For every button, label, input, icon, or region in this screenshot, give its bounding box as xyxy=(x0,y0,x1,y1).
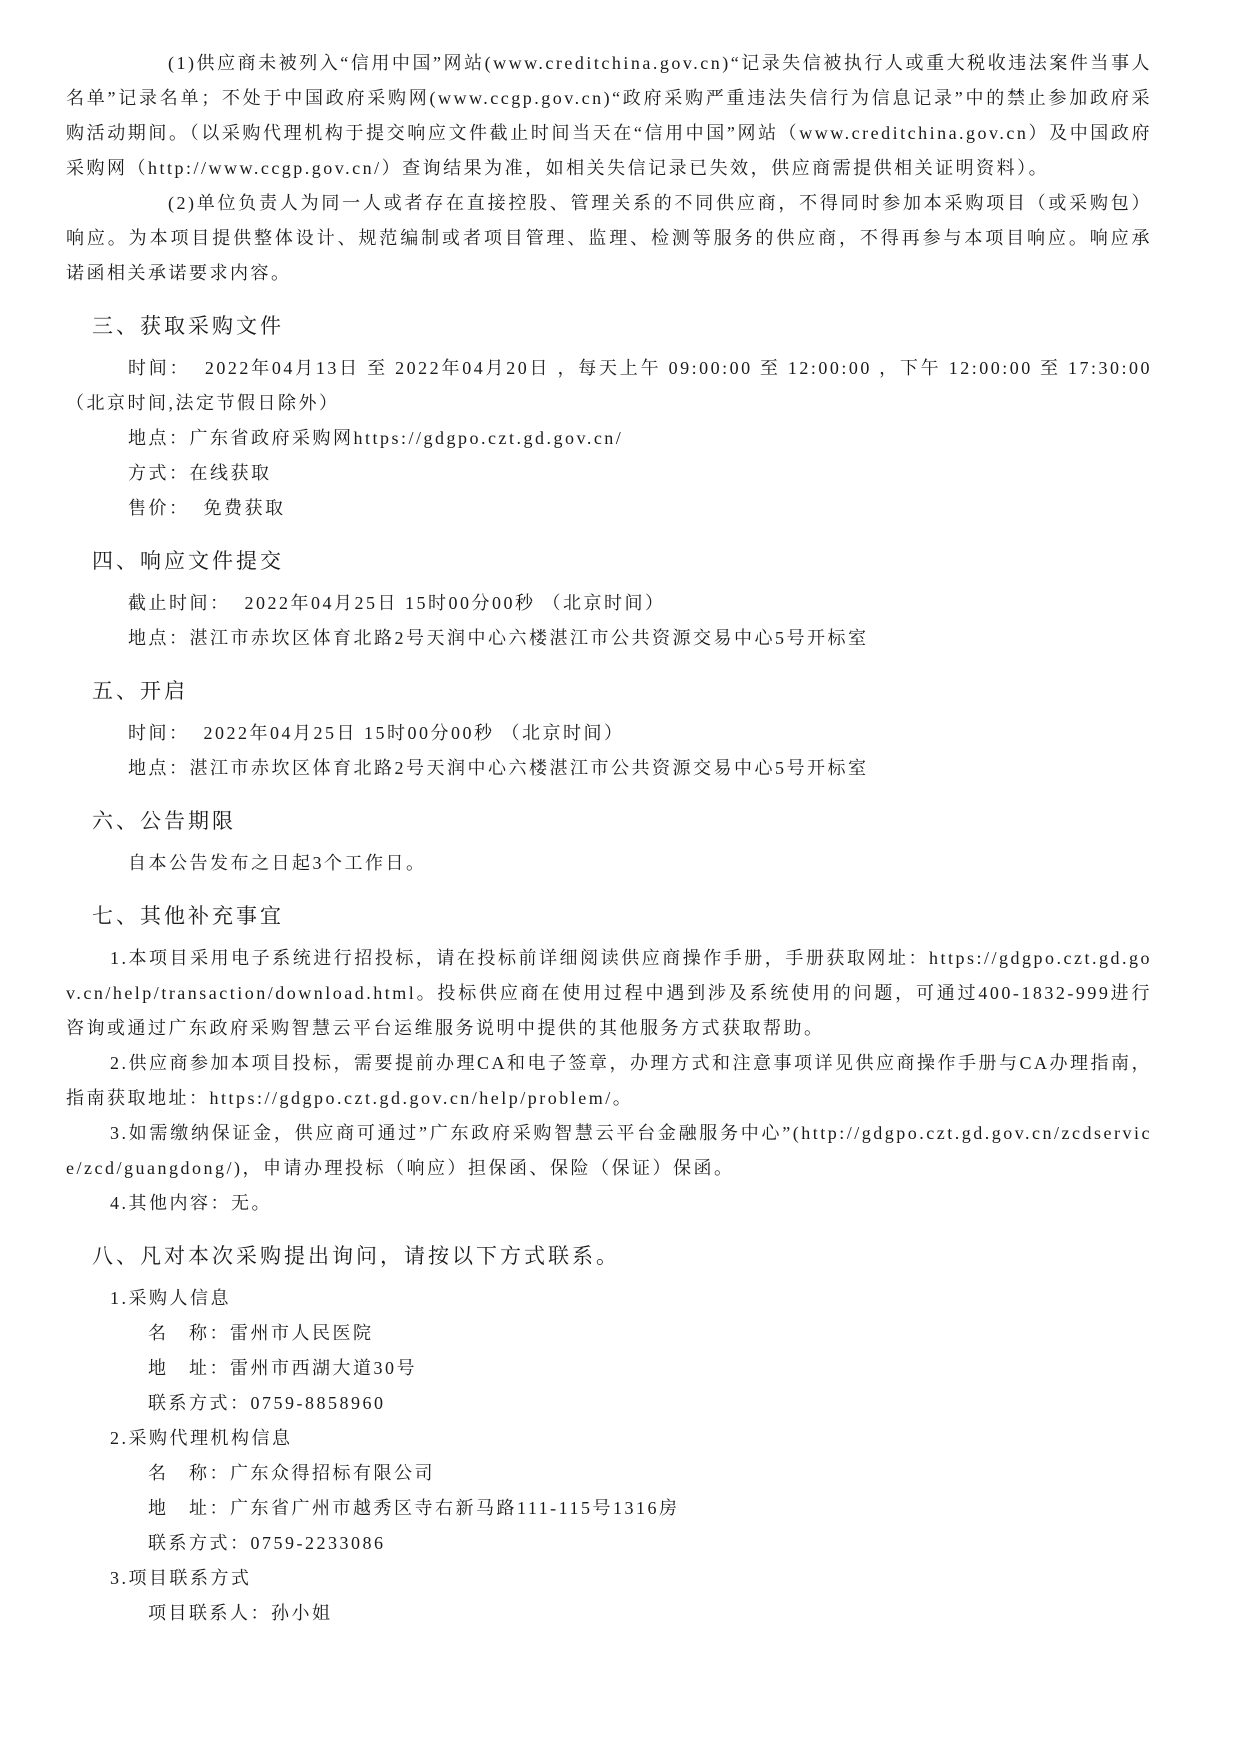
section-heading-contact: 八、凡对本次采购提出询问，请按以下方式联系。 xyxy=(92,1237,1152,1275)
agency-name-line: 名 称：广东众得招标有限公司 xyxy=(148,1456,1152,1491)
clause-supplier-credit: (1)供应商未被列入“信用中国”网站(www.creditchina.gov.c… xyxy=(66,46,1152,186)
supplementary-item-ebidding: 1.本项目采用电子系统进行招投标，请在投标前详细阅读供应商操作手册，手册获取网址… xyxy=(66,941,1152,1046)
section-heading-obtain-documents: 三、获取采购文件 xyxy=(92,307,1152,345)
supplementary-item-ca-signature: 2.供应商参加本项目投标，需要提前办理CA和电子签章，办理方式和注意事项详见供应… xyxy=(66,1046,1152,1116)
supplementary-item-other: 4.其他内容：无。 xyxy=(66,1186,1152,1221)
project-contact-title: 3.项目联系方式 xyxy=(110,1561,1152,1596)
section-heading-response-submission: 四、响应文件提交 xyxy=(92,542,1152,580)
section-heading-supplementary-matters: 七、其他补充事宜 xyxy=(92,897,1152,935)
purchaser-phone-line: 联系方式：0759-8858960 xyxy=(148,1386,1152,1421)
agency-address-line: 地 址：广东省广州市越秀区寺右新马路111-115号1316房 xyxy=(148,1491,1152,1526)
supplementary-item-deposit: 3.如需缴纳保证金，供应商可通过”广东政府采购智慧云平台金融服务中心”(http… xyxy=(66,1116,1152,1186)
agency-phone-line: 联系方式：0759-2233086 xyxy=(148,1526,1152,1561)
obtain-place-line: 地点：广东省政府采购网https://gdgpo.czt.gd.gov.cn/ xyxy=(128,421,1152,456)
obtain-price-line: 售价： 免费获取 xyxy=(128,491,1152,526)
obtain-method-line: 方式：在线获取 xyxy=(128,456,1152,491)
purchaser-name-line: 名 称：雷州市人民医院 xyxy=(148,1316,1152,1351)
clause-same-responsible-person: (2)单位负责人为同一人或者存在直接控股、管理关系的不同供应商，不得同时参加本采… xyxy=(66,186,1152,291)
section-heading-opening: 五、开启 xyxy=(92,672,1152,710)
submission-place-line: 地点：湛江市赤坎区体育北路2号天润中心六楼湛江市公共资源交易中心5号开标室 xyxy=(128,621,1152,656)
purchaser-address-line: 地 址：雷州市西湖大道30号 xyxy=(148,1351,1152,1386)
purchaser-info-title: 1.采购人信息 xyxy=(110,1281,1152,1316)
opening-place-line: 地点：湛江市赤坎区体育北路2号天润中心六楼湛江市公共资源交易中心5号开标室 xyxy=(128,751,1152,786)
obtain-time-note: （北京时间,法定节假日除外） xyxy=(66,386,1152,421)
project-contact-person-line: 项目联系人：孙小姐 xyxy=(148,1596,1152,1631)
announcement-period-line: 自本公告发布之日起3个工作日。 xyxy=(128,846,1152,881)
submission-deadline-line: 截止时间： 2022年04月25日 15时00分00秒 （北京时间） xyxy=(128,586,1152,621)
obtain-time-line: 时间： 2022年04月13日 至 2022年04月20日 ，每天上午 09:0… xyxy=(128,351,1152,386)
agency-info-title: 2.采购代理机构信息 xyxy=(110,1421,1152,1456)
procurement-announcement-document: (1)供应商未被列入“信用中国”网站(www.creditchina.gov.c… xyxy=(0,0,1242,1671)
opening-time-line: 时间： 2022年04月25日 15时00分00秒 （北京时间） xyxy=(128,716,1152,751)
section-heading-announcement-period: 六、公告期限 xyxy=(92,802,1152,840)
